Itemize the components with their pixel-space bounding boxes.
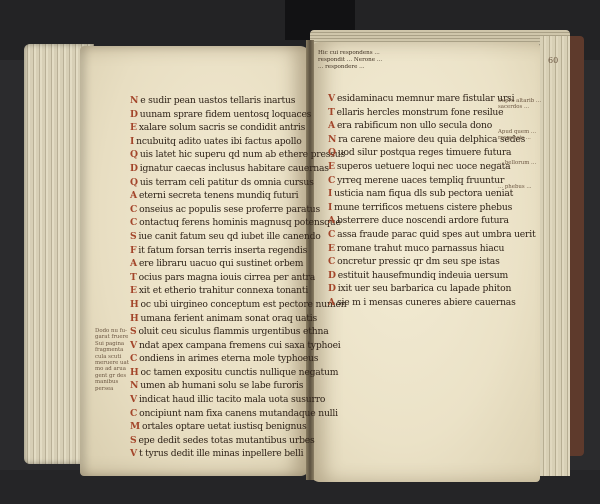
rubricated-initial: E xyxy=(328,161,335,172)
line-text: e sudir pean uastos tellaris inartus xyxy=(140,95,295,106)
manuscript-line: Contactuq ferens hominis magnusq potensq… xyxy=(130,216,346,230)
manuscript-line: Sepe dedit sedes totas mutantibus urbes xyxy=(130,434,346,448)
rubricated-initial: A xyxy=(328,297,335,308)
line-text: xalare solum sacris se condidit antris xyxy=(139,122,305,133)
line-text: sie m i mensas cuneres abiere cauernas xyxy=(337,297,516,308)
right-margin-gloss: Supra altarib ... sacerdos ...Apud quem … xyxy=(498,98,558,208)
line-text: bsterrere duce noscendi ardore futura xyxy=(337,215,509,226)
rubricated-initial: D xyxy=(130,109,138,120)
line-text: ocius pars magna iouis cirrea per antra xyxy=(139,272,315,283)
line-text: xit et etherio trahitur connexa tonanti xyxy=(139,285,308,296)
manuscript-line: Aere libraru uacuo qui sustinet orbem xyxy=(130,257,346,271)
rubricated-initial: N xyxy=(130,380,138,391)
rubricated-initial: T xyxy=(130,272,137,283)
line-text: uis latet hic superu qd num ab ethere pr… xyxy=(140,149,345,160)
line-text: ondiens in arimes eterna mole typhoeus xyxy=(139,353,318,364)
rubricated-initial: V xyxy=(328,93,335,104)
left-page-text: Ne sudir pean uastos tellaris inartusDuu… xyxy=(130,94,346,461)
line-text: umen ab humani solu se labe furoris xyxy=(140,380,303,391)
book-cover xyxy=(570,36,584,456)
line-text: ontactuq ferens hominis magnusq potensqu… xyxy=(139,217,341,228)
manuscript-line: Asie m i mensas cuneres abiere cauernas xyxy=(328,296,535,310)
line-text: oncipiunt nam fixa canens mutandaque nul… xyxy=(139,408,338,419)
line-text: ncubuitq adito uates ibi factus apollo xyxy=(136,136,301,147)
line-text: t tyrus dedit ille minas inpellere belli xyxy=(139,448,303,459)
line-text: oc ubi uirgineo conceptum est pectore nu… xyxy=(140,299,346,310)
rubricated-initial: H xyxy=(130,367,138,378)
manuscript-line: Concretur pressic qr dm seu spe istas xyxy=(328,255,535,269)
line-text: usticia nam fiqua dls sub pectora ueniat xyxy=(334,188,513,199)
manuscript-line: Destituit hausefmundiq indeuia uersum xyxy=(328,269,535,283)
manuscript-line: Vindicat haud illic tacito mala uota sus… xyxy=(130,393,346,407)
rubricated-initial: I xyxy=(328,202,332,213)
rubricated-initial: V xyxy=(130,448,137,459)
manuscript-line: Mortales optare uetat iustisq benignus xyxy=(130,420,346,434)
manuscript-line: Cassa fraude parac quid spes aut umbra u… xyxy=(328,228,535,242)
rubricated-initial: E xyxy=(130,285,137,296)
manuscript-line: Conseius ac populis sese proferre paratu… xyxy=(130,203,346,217)
manuscript-line: Quis terram celi patitur ds omnia cursus xyxy=(130,176,346,190)
rubricated-initial: A xyxy=(328,215,335,226)
manuscript-line: Numen ab humani solu se labe furoris xyxy=(130,379,346,393)
line-text: umana ferient animam sonat oraq uatis xyxy=(140,313,317,324)
rubricated-initial: S xyxy=(130,231,136,242)
line-text: uis terram celi patitur ds omnia cursus xyxy=(140,177,314,188)
margin-gloss: Supra altarib ... sacerdos ... xyxy=(498,98,558,111)
manuscript-line: Exit et etherio trahitur connexa tonanti xyxy=(130,284,346,298)
rubricated-initial: C xyxy=(130,408,137,419)
line-text: yrreq merene uaces templiq fruuntur xyxy=(337,175,504,186)
right-page-header-note: Hic cui respondens ... respondit ... Ner… xyxy=(318,50,548,71)
rubricated-initial: S xyxy=(130,435,136,446)
rubricated-initial: S xyxy=(130,326,136,337)
line-text: mune terrificos metuens cistere phebus xyxy=(334,202,512,213)
manuscript-line: Incubuitq adito uates ibi factus apollo xyxy=(130,135,346,149)
rubricated-initial: Q xyxy=(328,147,336,158)
rubricated-initial: C xyxy=(328,175,335,186)
rubricated-initial: Q xyxy=(130,177,138,188)
rubricated-initial: A xyxy=(328,120,335,131)
line-text: estituit hausefmundiq indeuia uersum xyxy=(338,270,508,281)
line-text: ndat apex campana fremens cui saxa typho… xyxy=(139,340,341,351)
rubricated-initial: C xyxy=(130,217,137,228)
line-text: iue canit fatum seu qd iubet ille canend… xyxy=(138,231,320,242)
manuscript-line: Dignatur caecas inclusus habitare cauern… xyxy=(130,162,346,176)
line-text: ellaris hercles monstrum fone resilue xyxy=(337,107,504,118)
rubricated-initial: M xyxy=(130,421,140,432)
manuscript-line: Eromane trahut muco parnassus hiacu xyxy=(328,242,535,256)
margin-gloss: Apud quem ... responsis ... xyxy=(498,129,558,142)
manuscript-line: Condiens in arimes eterna mole typhoeus xyxy=(130,352,346,366)
line-text: epe dedit sedes totas mutantibus urbes xyxy=(138,435,314,446)
line-text: superos uetuere loqui nec uoce negata xyxy=(337,161,511,172)
rubricated-initial: N xyxy=(328,134,336,145)
rubricated-initial: A xyxy=(130,258,137,269)
line-text: oluit ceu siculus flammis urgentibus eth… xyxy=(138,326,328,337)
manuscript-line: Vndat apex campana fremens cui saxa typh… xyxy=(130,339,346,353)
manuscript-line: Fit fatum forsan terris inserta regendis xyxy=(130,244,346,258)
rubricated-initial: A xyxy=(130,190,137,201)
margin-gloss: ... bellorum ... xyxy=(498,160,558,166)
line-text: ignatur caecas inclusus habitare cauerna… xyxy=(140,163,329,174)
rubricated-initial: C xyxy=(130,353,137,364)
rubricated-initial: V xyxy=(130,394,137,405)
line-text: assa fraude parac quid spes aut umbra ue… xyxy=(337,229,535,240)
manuscript-line: Concipiunt nam fixa canens mutandaque nu… xyxy=(130,407,346,421)
rubricated-initial: H xyxy=(130,299,138,310)
rubricated-initial: E xyxy=(130,122,137,133)
line-text: esidaminacu memnur mare fistular ursi xyxy=(337,93,514,104)
rubricated-initial: F xyxy=(130,245,136,256)
rubricated-initial: D xyxy=(328,270,336,281)
line-text: onseius ac populis sese proferre paratus xyxy=(139,204,320,215)
rubricated-initial: C xyxy=(130,204,137,215)
manuscript-line: Absterrere duce noscendi ardore futura xyxy=(328,214,535,228)
rubricated-initial: E xyxy=(328,243,335,254)
left-margin-gloss: Dodo nu fu- garat fruere Sui pagina frag… xyxy=(95,328,129,392)
line-text: indicat haud illic tacito mala uota susu… xyxy=(139,394,325,405)
rubricated-initial: Q xyxy=(130,149,138,160)
manuscript-line: Siue canit fatum seu qd iubet ille canen… xyxy=(130,230,346,244)
folio-number: 60 xyxy=(548,56,558,65)
margin-gloss: ... phebus ... xyxy=(498,184,558,190)
line-text: ortales optare uetat iustisq benignus xyxy=(142,421,307,432)
rubricated-initial: N xyxy=(130,95,138,106)
manuscript-line: Exalare solum sacris se condidit antris xyxy=(130,121,346,135)
manuscript-line: Vt tyrus dedit ille minas inpellere bell… xyxy=(130,447,346,461)
manuscript-line: Tocius pars magna iouis cirrea per antra xyxy=(130,271,346,285)
rubricated-initial: D xyxy=(130,163,138,174)
manuscript-line: Hoc tamen expositu cunctis nullique nega… xyxy=(130,366,346,380)
manuscript-line: Ne sudir pean uastos tellaris inartus xyxy=(130,94,346,108)
manuscript-line: Soluit ceu siculus flammis urgentibus et… xyxy=(130,325,346,339)
manuscript-line: Humana ferient animam sonat oraq uatis xyxy=(130,312,346,326)
manuscript-line: Quis latet hic superu qd num ab ethere p… xyxy=(130,148,346,162)
rubricated-initial: C xyxy=(328,229,335,240)
rubricated-initial: C xyxy=(328,256,335,267)
line-text: it fatum forsan terris inserta regendis xyxy=(138,245,307,256)
line-text: romane trahut muco parnassus hiacu xyxy=(337,243,504,254)
line-text: oc tamen expositu cunctis nullique negat… xyxy=(140,367,338,378)
rubricated-initial: I xyxy=(328,188,332,199)
line-text: eterni secreta tenens mundiq futuri xyxy=(139,190,298,201)
line-text: uod silur postqua reges timuere futura xyxy=(338,147,512,158)
line-text: era rabificum non ullo secula dono xyxy=(337,120,492,131)
manuscript-line: Hoc ubi uirgineo conceptum est pectore n… xyxy=(130,298,346,312)
rubricated-initial: T xyxy=(328,107,335,118)
manuscript-line: Aeterni secreta tenens mundiq futuri xyxy=(130,189,346,203)
rubricated-initial: I xyxy=(130,136,134,147)
line-text: ixit uer seu barbarica cu lapade phiton xyxy=(338,283,511,294)
rubricated-initial: V xyxy=(130,340,137,351)
line-text: oncretur pressic qr dm seu spe istas xyxy=(337,256,499,267)
rubricated-initial: D xyxy=(328,283,336,294)
rubricated-initial: H xyxy=(130,313,138,324)
manuscript-line: Dixit uer seu barbarica cu lapade phiton xyxy=(328,282,535,296)
line-text: ere libraru uacuo qui sustinet orbem xyxy=(139,258,303,269)
line-text: uunam sprare fidem uentosq loquaces xyxy=(140,109,311,120)
manuscript-line: Duunam sprare fidem uentosq loquaces xyxy=(130,108,346,122)
